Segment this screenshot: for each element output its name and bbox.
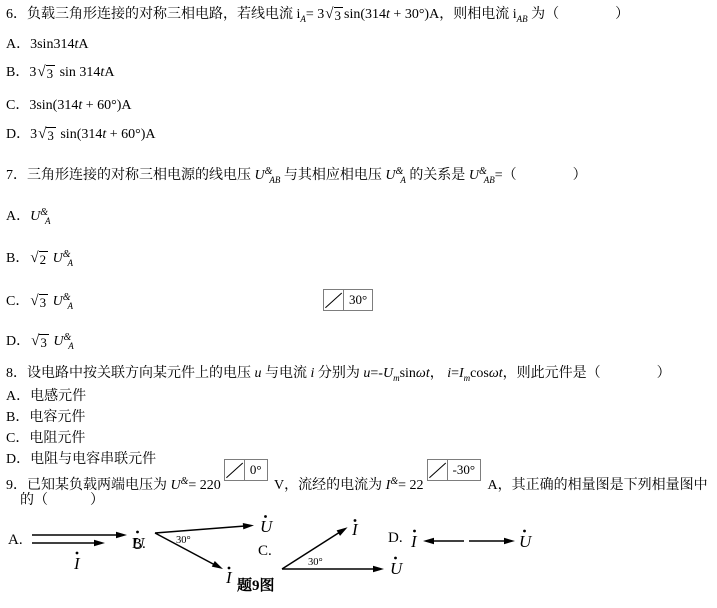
q8-option-b: B．电容元件 (6, 409, 85, 427)
angle-box: 0° (224, 459, 268, 481)
u-arrowhead-icon (504, 538, 515, 544)
q7-angle-box: 30° (323, 289, 373, 311)
text-run: D． (6, 334, 30, 349)
q9-stem-line2: 的（ ） (20, 492, 104, 510)
italic-text: U (383, 366, 393, 381)
angle-slash-icon (324, 290, 343, 310)
text-run: = 22 (398, 478, 423, 493)
text-run: cos (470, 366, 489, 381)
angle-slash-icon (225, 460, 244, 480)
text-run: + 30°)A，则相电流 i (390, 7, 517, 22)
text-run: 7．三角形连接的对称三相电源的线电压 (6, 168, 255, 183)
text-run: 的关系是 (406, 168, 469, 183)
text-run: ， (430, 366, 448, 381)
q9-stem-line1: 9．已知某负载两端电压为 U&= 2200° V，流经的电流为 I&= 22-3… (6, 468, 708, 495)
text-run: =- (370, 366, 383, 381)
phasor-symbol: U&A (30, 208, 50, 226)
text-run: C．3sin(314 (6, 98, 78, 113)
q6-option-a: A．3sin314tA (6, 36, 88, 54)
phasor-diagram-a-figure: U I (29, 522, 147, 574)
text-run: 与其相应相电压 (280, 168, 385, 183)
angle-label: 30° (308, 557, 323, 568)
phasor-symbol: U&A (53, 250, 73, 268)
q8-stem: 8．设电路中按关联方向某元件上的电压 u 与电流 i 分别为 u=-Umsinω… (6, 365, 671, 383)
text-run: 的（ ） (20, 493, 104, 508)
u-arrowhead-icon (243, 522, 254, 529)
text-run: B． (6, 251, 29, 266)
q7-option-d: D．√3 U&A (6, 333, 74, 351)
phasor-diagram-d: D. I U (388, 526, 537, 558)
text-run: = 220 (188, 478, 220, 493)
text-run: D．3 (6, 127, 37, 142)
diagram-d-label: D. (388, 526, 403, 558)
u-label: U (519, 532, 533, 551)
italic-text: ω (489, 366, 499, 381)
phasor-symbol: I& (386, 477, 398, 495)
sqrt-expression: √3 (30, 294, 48, 311)
q8-option-a: A．电感元件 (6, 388, 86, 406)
angle-value: 30° (343, 290, 372, 310)
exam-document: 6．负载三角形连接的对称三相电路，若线电流 iA= 3√3sin(314t + … (0, 0, 717, 608)
text-run: + 60°)A (82, 98, 131, 113)
phasor-symbol: U&AB (255, 167, 281, 185)
i-arrowhead-icon (336, 525, 349, 536)
text-run: 为（ ） (528, 7, 630, 22)
i-label: I (73, 554, 81, 573)
italic-text: ω (416, 366, 426, 381)
q7-option-a: A．U&A (6, 208, 51, 226)
text-run: B．3 (6, 65, 36, 80)
i-arrowhead-icon (212, 561, 225, 572)
text-run: V，流经的电流为 (271, 478, 386, 493)
subscript-text: AB (517, 14, 528, 24)
text-run: 8．设电路中按关联方向某元件上的电压 (6, 366, 255, 381)
text-run: sin(314 (57, 127, 103, 142)
text-run: A．3sin314 (6, 37, 74, 52)
angle-value: -30° (447, 460, 481, 480)
angle-value: 0° (244, 460, 267, 480)
u-arrowhead-icon (116, 532, 127, 538)
phasor-diagram-d-figure: I U (409, 526, 537, 558)
phasor-symbol: U&A (53, 293, 73, 311)
q8-option-d: D．电阻与电容串联元件 (6, 451, 156, 469)
u-arrowhead-icon (373, 566, 384, 572)
u-label: U (390, 559, 404, 578)
phasor-symbol: U&A (53, 333, 73, 351)
q6-stem: 6．负载三角形连接的对称三相电路，若线电流 iA= 3√3sin(314t + … (6, 6, 629, 24)
text-run: 分别为 (314, 366, 363, 381)
angle-label: 30° (176, 535, 191, 546)
sqrt-expression: √2 (30, 251, 48, 268)
text-run: + 60°)A (106, 127, 155, 142)
u-vector (155, 526, 245, 533)
q6-option-c: C．3sin(314t + 60°)A (6, 97, 132, 115)
diagram-c-label: C. (258, 517, 272, 581)
q6-option-b: B．3√3 sin 314tA (6, 64, 114, 82)
sqrt-expression: √3 (37, 65, 55, 82)
text-run: A (104, 65, 114, 80)
i-label: I (410, 532, 418, 551)
text-run: ，则此元件是（ ） (503, 366, 671, 381)
text-run: C． (6, 294, 29, 309)
q7-option-c: C．√3 U&A (6, 293, 73, 311)
i-label: I (225, 568, 233, 584)
q7-stem: 7．三角形连接的对称三相电源的线电压 U&AB 与其相应相电压 U&A 的关系是… (6, 167, 587, 185)
text-run: = 3 (306, 7, 324, 22)
u-dot-icon (523, 530, 526, 533)
text-run: sin 314 (56, 65, 100, 80)
diagram-b-label: B. (132, 514, 146, 584)
text-run: = (451, 366, 459, 381)
italic-text: u (255, 366, 262, 381)
sqrt-expression: √3 (325, 7, 343, 24)
i-dot-icon (413, 530, 416, 533)
phasor-symbol: U& (171, 477, 189, 495)
i-label: I (351, 520, 359, 539)
figure-caption: 题9图 (237, 577, 275, 596)
text-run: 9．已知某负载两端电压为 (6, 478, 171, 493)
phasor-diagram-a: A. U I (8, 522, 147, 574)
i-arrowhead-icon (94, 540, 105, 546)
sqrt-expression: √3 (38, 127, 56, 144)
text-run: A，其正确的相量图是下列相量图中 (484, 478, 708, 493)
text-run: =（ ） (495, 168, 587, 183)
text-run: 6．负载三角形连接的对称三相电路，若线电流 i (6, 7, 300, 22)
text-run: A (78, 37, 88, 52)
q6-option-d: D．3√3 sin(314t + 60°)A (6, 126, 156, 144)
diagram-a-label: A. (8, 522, 23, 574)
phasor-symbol: U&A (385, 167, 405, 185)
q7-option-b: B．√2 U&A (6, 250, 73, 268)
angle-slash-icon (428, 460, 447, 480)
q8-option-c: C．电阻元件 (6, 430, 85, 448)
phasor-symbol: U&AB (469, 167, 495, 185)
i-arrowhead-icon (423, 538, 434, 544)
text-run: 与电流 (262, 366, 311, 381)
i-dot-icon (75, 552, 78, 555)
angle-box: -30° (427, 459, 482, 481)
i-dot-icon (353, 519, 356, 522)
sqrt-expression: √3 (31, 334, 49, 351)
i-dot-icon (227, 567, 230, 570)
text-run: sin(314 (344, 7, 386, 22)
text-run: A． (6, 209, 30, 224)
text-run: sin (400, 366, 416, 381)
